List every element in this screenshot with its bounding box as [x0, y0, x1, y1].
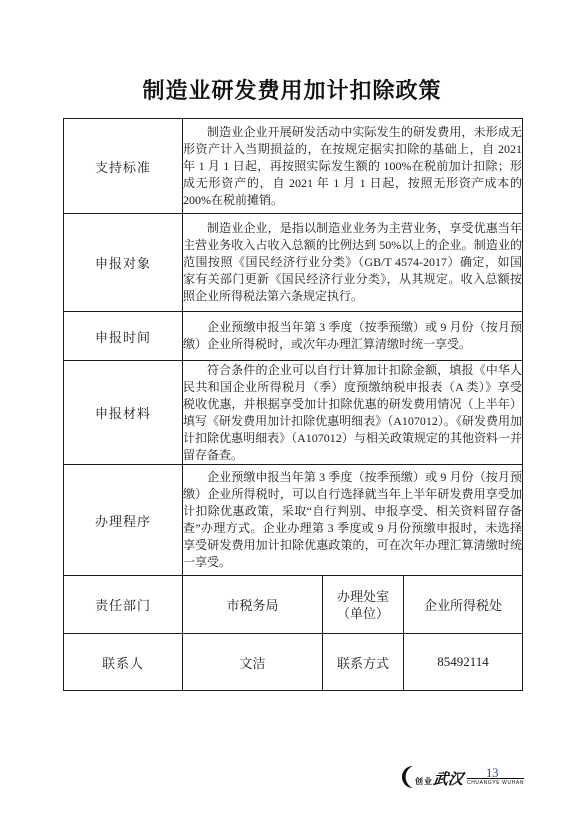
responsible-dept-label: 责任部门 — [64, 576, 183, 634]
contact-person-value: 文洁 — [183, 634, 323, 691]
row-label-application-materials: 申报材料 — [64, 361, 183, 465]
application-object-text: 制造业企业，是指以制造业业务为主营业务，享受优惠当年主营业务收入占收入总额的比例… — [183, 220, 522, 305]
table-row-responsible-dept: 责任部门 市税务局 办理处室 （单位） 企业所得税处 — [64, 576, 523, 634]
application-time-text: 企业预缴申报当年第 3 季度（按季预缴）或 9 月份（按月预缴）企业所得税时，或… — [183, 319, 522, 353]
logo-cn-brush: 武汉 — [432, 773, 463, 787]
contact-phone-value: 85492114 — [404, 634, 523, 691]
procedure-text: 企业预缴申报当年第 3 季度（按季预缴）或 9 月份（按月预缴）企业所得税时，可… — [183, 469, 522, 571]
row-label-support-standard: 支持标准 — [64, 119, 183, 214]
office-value: 企业所得税处 — [404, 576, 523, 634]
crescent-moon-icon — [401, 764, 414, 795]
office-label: 办理处室 （单位） — [323, 576, 404, 634]
support-standard-text: 制造业企业开展研发活动中实际发生的研发费用，未形成无形资产计入当期损益的，在按规… — [183, 124, 522, 209]
row-label-procedure: 办理程序 — [64, 465, 183, 576]
logo-cn-prefix: 创业 — [415, 777, 433, 786]
document-page: 制造业研发费用加计扣除政策 支持标准 制造业企业开展研发活动中实际发生的研发费用… — [0, 0, 584, 830]
contact-method-label: 联系方式 — [323, 634, 404, 691]
table-row-application-time: 申报时间 企业预缴申报当年第 3 季度（按季预缴）或 9 月份（按月预缴）企业所… — [64, 312, 523, 361]
contact-person-label: 联系人 — [64, 634, 183, 691]
office-label-line2: （单位） — [323, 605, 403, 622]
logo-chinese-text: 创业武汉 — [415, 771, 467, 788]
row-content-application-materials: 符合条件的企业可以自行计算加计扣除金额，填报《中华人民共和国企业所得税月（季）度… — [183, 361, 523, 465]
table-row-procedure: 办理程序 企业预缴申报当年第 3 季度（按季预缴）或 9 月份（按月预缴）企业所… — [64, 465, 523, 576]
logo-english-text: CHUANGYE WUHAN — [467, 778, 524, 786]
row-label-application-object: 申报对象 — [64, 214, 183, 312]
table-row-contact: 联系人 文洁 联系方式 85492114 — [64, 634, 523, 691]
row-label-application-time: 申报时间 — [64, 312, 183, 361]
page-title: 制造业研发费用加计扣除政策 — [0, 76, 584, 106]
policy-table: 支持标准 制造业企业开展研发活动中实际发生的研发费用，未形成无形资产计入当期损益… — [63, 118, 523, 691]
table-row-application-materials: 申报材料 符合条件的企业可以自行计算加计扣除金额，填报《中华人民共和国企业所得税… — [64, 361, 523, 465]
application-materials-text: 符合条件的企业可以自行计算加计扣除金额，填报《中华人民共和国企业所得税月（季）度… — [183, 362, 522, 464]
office-label-line1: 办理处室 — [323, 588, 403, 605]
row-content-support-standard: 制造业企业开展研发活动中实际发生的研发费用，未形成无形资产计入当期损益的，在按规… — [183, 119, 523, 214]
responsible-dept-value: 市税务局 — [183, 576, 323, 634]
page-number: 13 — [486, 766, 499, 781]
row-content-application-object: 制造业企业，是指以制造业业务为主营业务，享受优惠当年主营业务收入占收入总额的比例… — [183, 214, 523, 312]
row-content-application-time: 企业预缴申报当年第 3 季度（按季预缴）或 9 月份（按月预缴）企业所得税时，或… — [183, 312, 523, 361]
table-row-support-standard: 支持标准 制造业企业开展研发活动中实际发生的研发费用，未形成无形资产计入当期损益… — [64, 119, 523, 214]
row-content-procedure: 企业预缴申报当年第 3 季度（按季预缴）或 9 月份（按月预缴）企业所得税时，可… — [183, 465, 523, 576]
table-row-application-object: 申报对象 制造业企业，是指以制造业业务为主营业务，享受优惠当年主营业务收入占收入… — [64, 214, 523, 312]
chuangye-wuhan-logo: 创业武汉 CHUANGYE WUHAN — [401, 764, 524, 795]
logo-text: 创业武汉 CHUANGYE WUHAN — [415, 771, 524, 789]
